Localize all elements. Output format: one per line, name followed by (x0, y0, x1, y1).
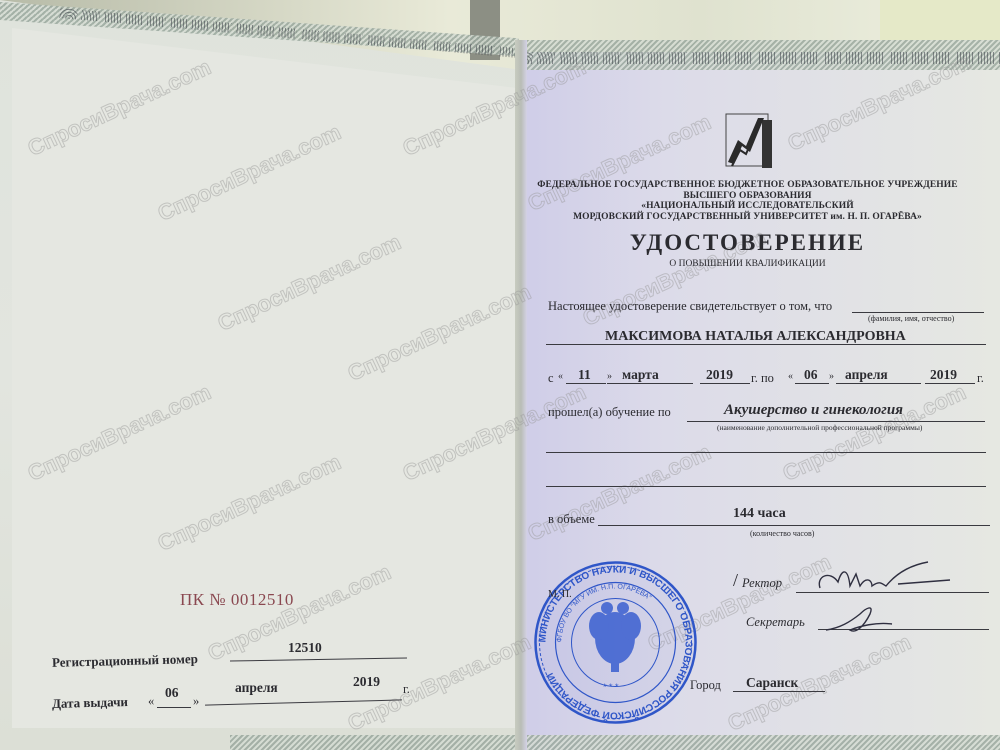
serial-number: ПК № 0012510 (180, 590, 294, 610)
program-line-2 (546, 452, 986, 453)
to-month-line (836, 383, 921, 384)
institution-header: ФЕДЕРАЛЬНОЕ ГОСУДАРСТВЕННОЕ БЮДЖЕТНОЕ ОБ… (525, 180, 970, 222)
to-year: 2019 (930, 367, 957, 383)
svg-text:* * *: * * * (603, 682, 619, 692)
quote-open: « (558, 371, 563, 382)
quote-close: » (193, 694, 199, 709)
city-label: Город (690, 678, 721, 693)
volume-line (598, 525, 990, 526)
official-stamp: МИНИСТЕРСТВО НАУКИ И ВЫСШЕГО ОБРАЗОВАНИЯ… (533, 560, 698, 725)
to-day: 06 (804, 367, 818, 383)
rector-signature-icon (810, 558, 960, 598)
period-to-label: г. по (751, 371, 774, 386)
ornamental-border-bottom (230, 735, 520, 750)
program-caption: (наименование дополнительной профессиона… (717, 423, 922, 432)
book-fold (515, 40, 527, 750)
rector-label: Ректор (742, 576, 782, 591)
left-page-inner (12, 28, 517, 728)
quote-open: « (148, 694, 154, 709)
issue-year: 2019 (353, 674, 380, 690)
year-suffix: г. (977, 371, 984, 386)
institution-line: ВЫСШЕГО ОБРАЗОВАНИЯ (525, 191, 970, 202)
slash-mark: / (733, 570, 738, 591)
guilloche-wave-right (515, 52, 1000, 64)
program-line-3 (546, 486, 986, 487)
institution-line: МОРДОВСКИЙ ГОСУДАРСТВЕННЫЙ УНИВЕРСИТЕТ и… (525, 212, 970, 223)
document-subtitle: О ПОВЫШЕНИИ КВАЛИФИКАЦИИ (525, 259, 970, 269)
seal-label: М. П. (548, 589, 572, 600)
background-window (880, 0, 1000, 40)
quote-close: » (829, 371, 834, 382)
from-month: марта (622, 367, 659, 383)
institution-line: «НАЦИОНАЛЬНЫЙ ИССЛЕДОВАТЕЛЬСКИЙ (525, 201, 970, 212)
period-from-label: с (548, 371, 554, 386)
training-label: прошел(а) обучение по (548, 405, 671, 420)
quote-close: » (607, 371, 612, 382)
secretary-signature-icon (820, 600, 900, 640)
from-year: 2019 (706, 367, 733, 383)
to-year-line (925, 383, 975, 384)
document-title: УДОСТОВЕРЕНИЕ (525, 230, 970, 256)
left-page (0, 0, 522, 750)
issue-day: 06 (165, 685, 179, 701)
institution-line: ФЕДЕРАЛЬНОЕ ГОСУДАРСТВЕННОЕ БЮДЖЕТНОЕ ОБ… (525, 180, 970, 191)
program-line (687, 421, 985, 422)
to-day-line (795, 383, 829, 384)
name-caption: (фамилия, имя, отчество) (868, 314, 954, 323)
city-value: Саранск (746, 675, 798, 691)
to-month: апреля (845, 367, 888, 383)
issue-month: апреля (235, 680, 278, 696)
from-day: 11 (578, 367, 591, 383)
program-name: Акушерство и гинекология (724, 402, 903, 419)
name-top-line (852, 312, 984, 313)
quote-open: « (788, 371, 793, 382)
full-name: МАКСИМОВА НАТАЛЬЯ АЛЕКСАНДРОВНА (605, 329, 906, 345)
year-suffix: г. (403, 682, 410, 697)
ornamental-border-right-bottom (515, 735, 1000, 750)
from-year-line (700, 383, 750, 384)
from-day-line (566, 383, 606, 384)
registration-number: 12510 (288, 640, 322, 656)
volume-label: в объеме (548, 512, 595, 527)
volume-caption: (количество часов) (750, 529, 814, 538)
city-line (733, 691, 825, 692)
volume-value: 144 часа (733, 506, 786, 522)
secretary-label: Секретарь (746, 615, 805, 630)
issue-date-label: Дата выдачи (52, 694, 128, 712)
university-logo-icon (724, 112, 776, 170)
certifies-text: Настоящее удостоверение свидетельствует … (548, 299, 832, 314)
from-month-line (607, 383, 693, 384)
issue-day-line (157, 707, 191, 708)
